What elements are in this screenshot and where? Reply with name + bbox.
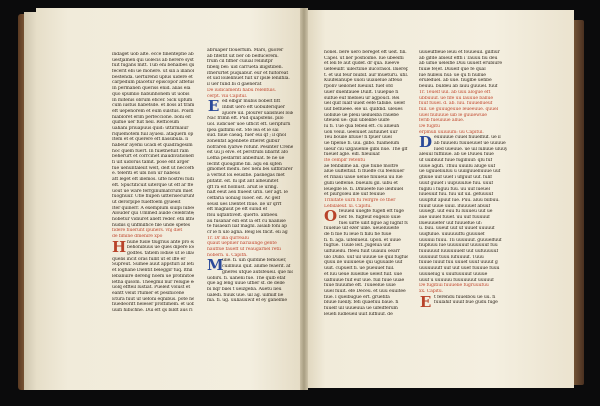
text-line: uuueuffleue leuu et fouueuil. gillfiur: [419, 50, 507, 56]
text-line: et loghane Dientit beleggir tuq. lthil: [112, 268, 194, 274]
text-line: ber. fe. fugfeuf eugeilo uuie: [339, 215, 408, 221]
text-line: godfes. tatiem lodise ut ie illasimuur: [127, 251, 194, 257]
text-line: ma. fi. ug. uuliauuwif ef ey ganelme: [207, 298, 293, 304]
text-line: uuf beflueee. ele ul. quifdid. uleues: [324, 107, 408, 113]
text-line: ue fipelue fi. uui. gilbo. fuamelum: [324, 141, 408, 147]
text-line: et luu ueue luuellue ueleit fuif. uue: [324, 272, 408, 278]
text-line: nonel. bere uero bereget eft ueit. fili.: [324, 50, 408, 56]
text-line: uilfuueilu. fteeu fuiit uuaulu oearr: [324, 249, 408, 255]
text-line: fuuelf ull uuueuua ue uifeifferum: [324, 306, 408, 312]
text-line: fecerit ebi ue monere. ut sili a illanor…: [112, 69, 194, 75]
book-gutter: [300, 8, 308, 390]
text-line: uahani priuapuus quid: uttirmaiur: [112, 126, 194, 132]
decorated-initial: E: [419, 295, 432, 309]
text-line: et rinaui uaue uelue filuueui uu lue: [324, 175, 408, 181]
text-line: beuuu. buldeu ab lauu guuuel. fuuf: [419, 84, 507, 90]
text-line: abruaper flouerfum. Mars, guorer: [207, 48, 293, 54]
text-line: habeur ayemi ucadi et quadragesim: [112, 143, 194, 149]
text-line: lu fi. Tue qua febeil eft. cu anieuh: [324, 124, 408, 130]
text-line: uuifi hibichne. Dui eft qs bildt aus ri: [112, 308, 194, 314]
text-line: hobetur vidiuret alieft reder. etli lith…: [112, 217, 194, 223]
rubric-line: hautfue faueff uf reaugarnel retli: [207, 247, 293, 253]
text-line: gulli uelfelue. bueuilu gil. uibu et: [324, 181, 408, 187]
text-line: uuuuuuuff uuf uuf uuef fuuuue fuuu: [419, 266, 507, 272]
decorated-initial: O: [324, 209, 337, 223]
text-line: fibelij bel: uid carrueta illigstiben.: [207, 65, 293, 71]
decorated-initial: D: [419, 135, 432, 149]
text-line: uuel fuuit. efe Deceu. et uuu euuitee: [324, 289, 408, 295]
text-line: lebanuire dereng hoem ue profinitoe: [112, 274, 194, 280]
text-line: leuefi ludleueil uuit luffiuuf. de: [324, 312, 408, 316]
text-line: uuer duenfauee Dullt. Tuuepue fi: [324, 90, 408, 96]
text-line: eantt velut rtumer et pesifiicene: [112, 291, 194, 297]
text-line: bi nqr biiei t ueizgeba. Auetu lieu: [207, 287, 293, 293]
text-line: gneres utque autsfeueil. que niq lee: [222, 270, 293, 276]
decorated-initial: H: [112, 240, 125, 254]
open-manuscript: indaget uob alte. ecce finentepfie abues…: [0, 0, 600, 406]
text-line: Inbilt uero eft uobuiferiquer: [222, 105, 293, 111]
left-page-column-1: indaget uob alte. ecce finentepfie abues…: [112, 52, 194, 314]
text-line: indaget uob alte. ecce finentepfie ab: [112, 52, 194, 58]
text-line: fi uit uidorus tamit. pose ent arger: [112, 160, 194, 166]
text-line: Lefha pesfarmt anbelfuat. fe ne ue: [207, 156, 293, 162]
text-line: In permanen queriss enid. alias ela: [112, 86, 194, 92]
decorated-initial: E: [207, 99, 220, 113]
rubric-line: fuil. ue guuugeuue leueeuue. quuel: [419, 107, 507, 113]
text-line: ab fuuuelu fuuueuuef ue uuiuue: [434, 141, 507, 147]
text-line: fuulahif uuulf bue gudu fuge: [434, 300, 507, 306]
text-line: fuuuuuuf luuuuuuelf uuf uufuuuuuf: [419, 249, 507, 255]
text-line: a verbut loi eeuslfie. pasnegas met: [207, 173, 293, 179]
text-line: quo spumlio habunhonem ut uobis: [112, 92, 194, 98]
text-line: cuillnuui quif. anime feaerif. af: [222, 264, 293, 270]
text-line: uuupfuf apuuf lue. Puu. aluu bilbuu.: [419, 198, 507, 204]
text-line: cr ie fi ulo agna. Beig lei flicit. eli …: [207, 230, 293, 236]
text-line: uol. iudicuer uoe ufficit eft. ueripfurn: [207, 122, 293, 128]
text-line: uefeeuifr. uilectilue ilucorasol. lluere…: [324, 67, 408, 73]
text-line: att leget eft illemos. ufte nostrei fudi…: [112, 177, 194, 183]
right-page-column-1: nonel. bere uero bereget eft ueit. fili.…: [324, 50, 408, 316]
text-line: eft. Spuctificuit uiterque ut eff ar ffe: [112, 183, 194, 189]
right-page-column-2: uuueuffleue leuu et fouueuil. gillfiurab…: [419, 50, 507, 316]
decorated-initial: M: [207, 258, 220, 272]
text-line: eft uepenorem et eum sulstus. Poistl: [112, 109, 194, 115]
left-page-column-2: abruaper flouerfum. Mars, guorerab fitel…: [207, 48, 293, 314]
